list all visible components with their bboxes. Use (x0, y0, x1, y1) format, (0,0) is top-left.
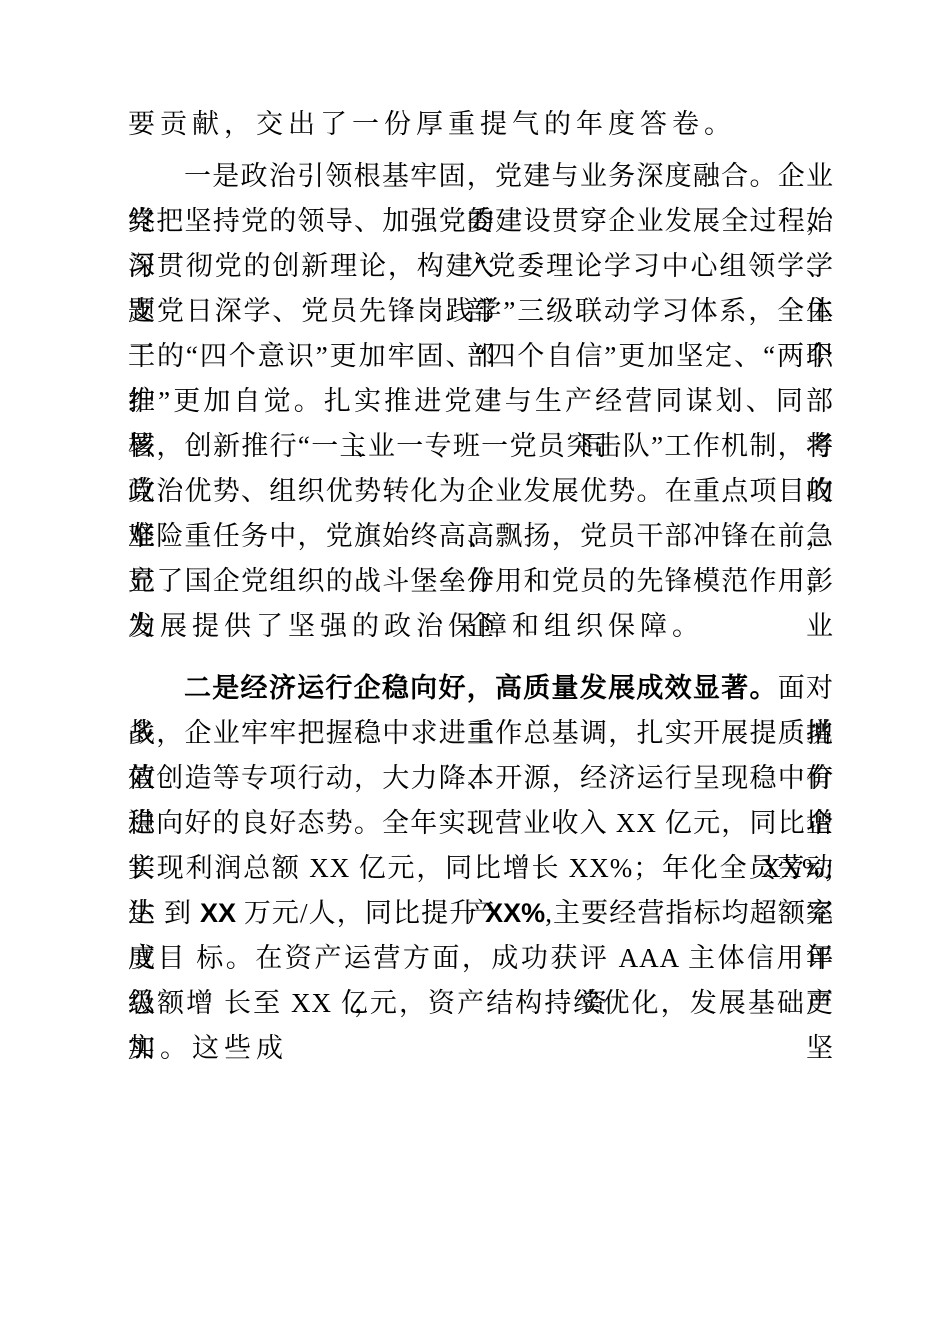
text-line: 总额增 长至 XX 亿元，资产结构持续优化，发展基础更加坚 (128, 981, 834, 1026)
text-run: XX (200, 898, 236, 928)
text-line: 显了国企党组织的战斗堡垒作用和党员的先锋模范作用，为企业 (128, 559, 834, 604)
text-run: 二是经济运行企稳向好，高质量发展成效显著。 (184, 673, 778, 703)
document-page: 要贡献，交出了一份厚重提气的年度答卷。一是政治引领根基牢固，党建与业务深度融合。… (0, 0, 950, 1344)
text-run: 达 到 (128, 898, 200, 928)
text-run: 万元/人，同比提升 (236, 898, 485, 928)
text-line: 度目 标。在资产运营方面，成功获评 AAA 主体信用评级，资产 (128, 936, 834, 981)
text-line: 难险重任务中，党旗始终高高飘扬，党员干部冲锋在前，充分彰 (128, 514, 834, 559)
paragraph-section-one: 一是政治引领根基牢固，党建与业务深度融合。企业党委始终把坚持党的领导、加强党的建… (128, 154, 834, 649)
text-line: 护”更加自觉。扎实推进党建与生产经营同谋划、同部署、同考 (128, 379, 834, 424)
text-line: 终把坚持党的领导、加强党的建设贯穿企业发展全过程，深入学 (128, 199, 834, 244)
text-line: 政治优势、组织优势转化为企业发展优势。在重点项目攻坚、急 (128, 469, 834, 514)
text-line: 稳向好的良好态势。全年实现营业收入 XX 亿元，同比增长 XX%; (128, 801, 834, 846)
text-line: 值创造等专项行动，大力降本开源，经济运行呈现稳中有进、企 (128, 756, 834, 801)
text-line: 题党日深学、党员先锋岗践学”三级联动学习体系，全体干部职 (128, 289, 834, 334)
text-run: 发展提供了坚强的政治保障和组织保障。 (128, 611, 704, 641)
text-line: 习贯彻党的创新理论，构建“党委理论学习中心组领学、支部主 (128, 244, 834, 289)
text-line: 二是经济运行企稳向好，高质量发展成效显著。面对多重挑 (128, 666, 834, 711)
text-line: 战，企业牢牢把握稳中求进工作总基调，扎实开展提质增效、价 (128, 711, 834, 756)
text-line: 核，创新推行“一主业一专班一党员突击队”工作机制，将党的 (128, 424, 834, 469)
document-body: 要贡献，交出了一份厚重提气的年度答卷。一是政治引领根基牢固，党建与业务深度融合。… (128, 102, 834, 1071)
text-line: 一是政治引领根基牢固，党建与业务深度融合。企业党委始 (128, 154, 834, 199)
text-run: XX% (485, 898, 545, 928)
text-line: 达 到 XX 万元/人，同比提升 XX%,主要经营指标均超额完成年 (128, 891, 834, 936)
paragraph-opening-continuation: 要贡献，交出了一份厚重提气的年度答卷。 (128, 102, 834, 147)
text-line: 要贡献，交出了一份厚重提气的年度答卷。 (128, 102, 834, 147)
text-run: 要贡献，交出了一份厚重提气的年度答卷。 (128, 109, 736, 139)
text-run: 实。这些成 (128, 1033, 288, 1063)
text-line: 工的“四个意识”更加牢固、“四个自信”更加坚定、“两个维 (128, 334, 834, 379)
paragraph-section-two: 二是经济运行企稳向好，高质量发展成效显著。面对多重挑战，企业牢牢把握稳中求进工作… (128, 666, 834, 1071)
text-line: 实现利润总额 XX 亿元，同比增长 XX%；年化全员劳动生产率 (128, 846, 834, 891)
